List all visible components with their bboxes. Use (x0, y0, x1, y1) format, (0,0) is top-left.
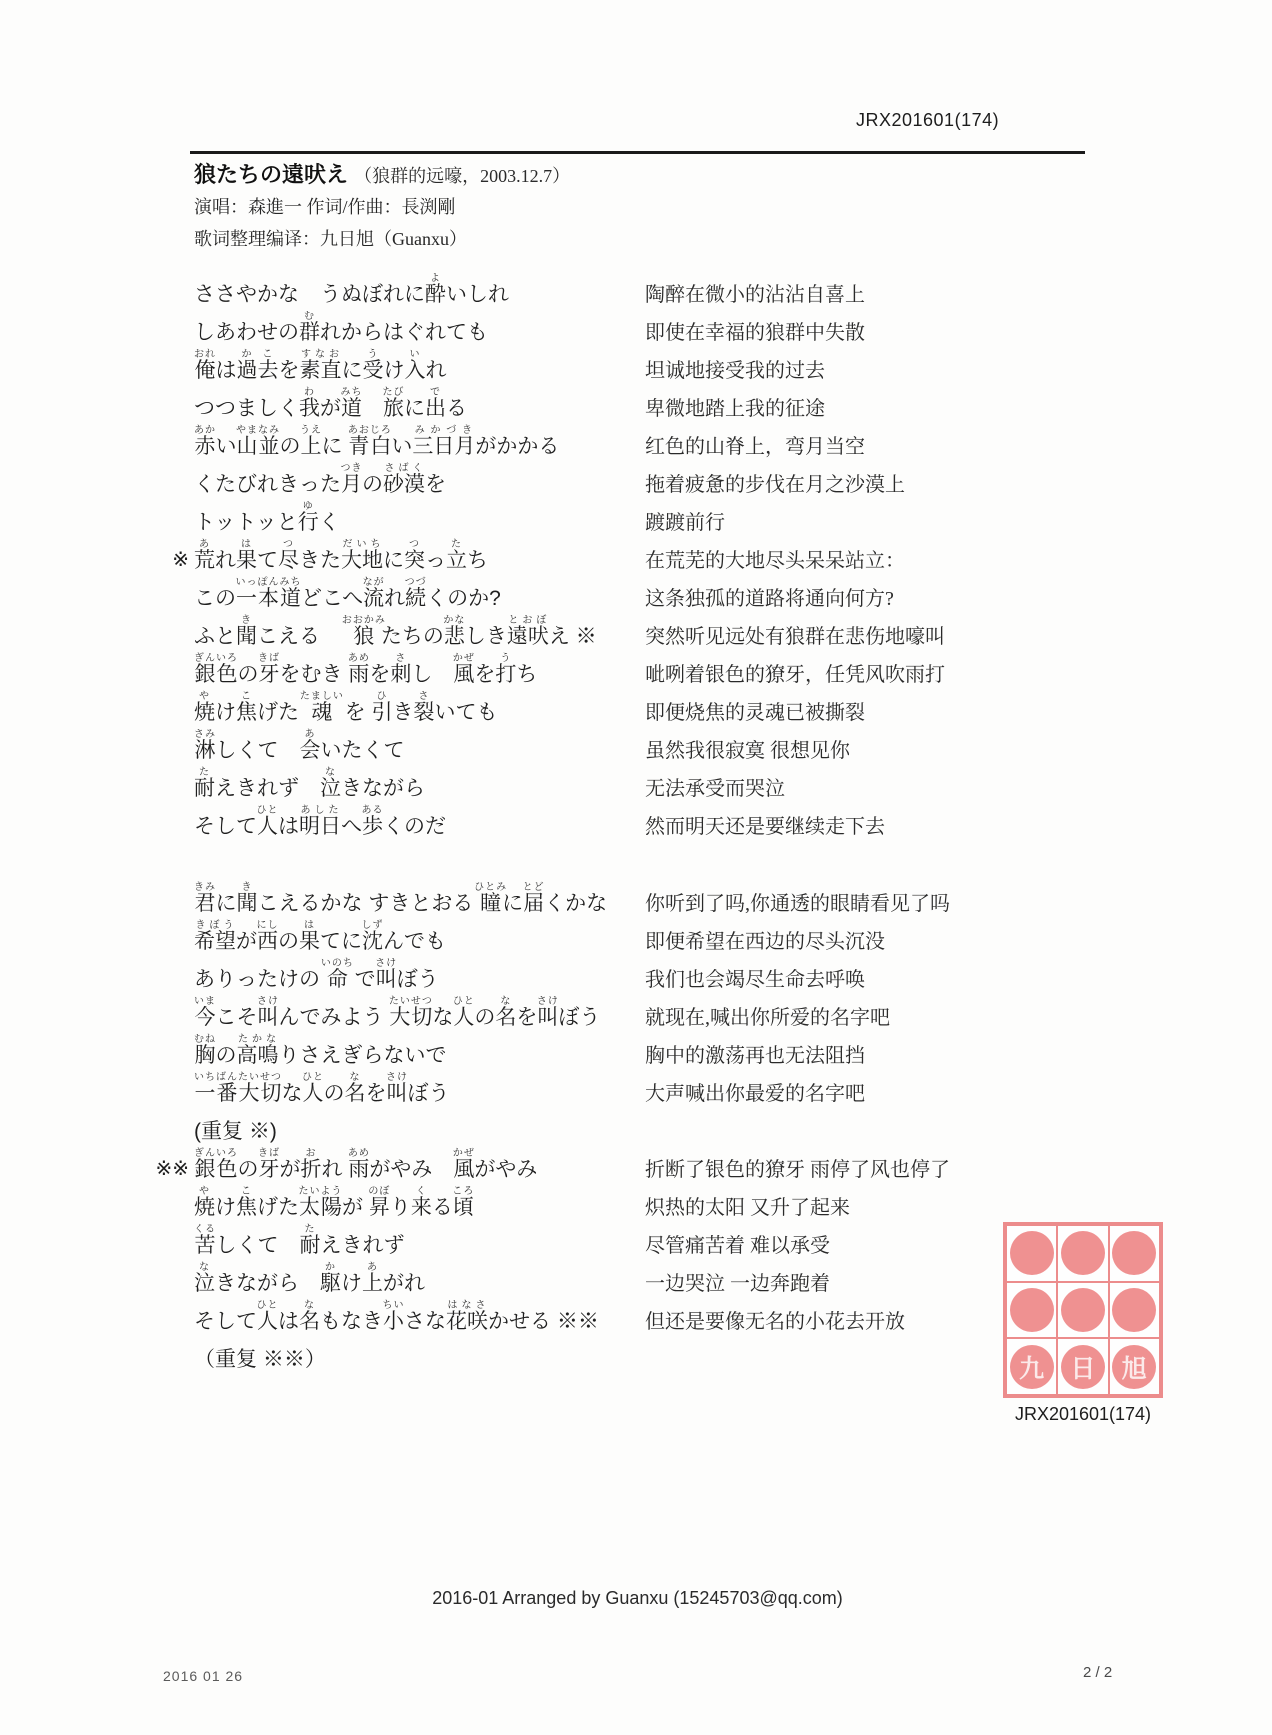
ruby-word: 果は (236, 549, 257, 572)
lyric-translation: 大声喊出你最爱的名字吧 (645, 1083, 1074, 1105)
ruby-word: 行ゆ (298, 511, 319, 534)
lyric-translation: 然而明天还是要继续走下去 (645, 816, 1074, 838)
repeat-marker: ※ (172, 550, 194, 571)
lyric-row: （重复 ※※） (194, 1333, 1074, 1371)
lyric-row: 胸むねの高鳴たかなりさえぎらないで胸中的激荡再也无法阻挡 (194, 1029, 1074, 1067)
ruby-word: 山並やまなみ (237, 435, 280, 458)
stamp-cell: 旭 (1109, 1338, 1160, 1395)
lyric-japanese: (重复 ※) (194, 1121, 645, 1143)
ruby-word: 歩ある (362, 815, 383, 838)
ruby-word: 焼や (194, 701, 215, 724)
credit-editor: 歌词整理编译：九日旭（Guanxu） (194, 223, 570, 255)
stamp-cell: 日 (1057, 1338, 1108, 1395)
stamp-dot (1010, 1288, 1054, 1332)
ruby-word: 大地だいち (341, 549, 383, 572)
ruby-word: 焦こ (236, 1196, 257, 1219)
lyric-japanese: くたびれきった月つきの砂漠さばくを (194, 463, 645, 496)
credit-performer: 演唱：森進一 作词/作曲：長渕剛 (194, 191, 570, 223)
lyric-japanese: 希望きぼうが西にしの果はてに沈しずんでも (194, 920, 645, 953)
ruby-word: 裂さ (414, 701, 435, 724)
lyric-translation: 即使在幸福的狼群中失散 (645, 322, 1074, 344)
ruby-word: 今いま (194, 1006, 216, 1029)
lyric-japanese: 銀色ぎんいろの牙きばをむき 雨あめを刺さし 風かぜを打うち (194, 653, 645, 686)
lyric-row: 焼やけ焦こげた 魂たましい を 引ひき裂さいても即便烧焦的灵魂已被撕裂 (194, 686, 1074, 724)
ruby-word: 群む (299, 321, 320, 344)
footer-date: 2016 01 26 (163, 1668, 243, 1684)
ruby-word: 道みち (341, 397, 362, 420)
lyric-row: トットッと行ゆく踱踱前行 (194, 496, 1074, 534)
lyric-japanese: （重复 ※※） (194, 1349, 645, 1371)
ruby-word: 焦こ (236, 701, 257, 724)
lyric-row: そして人ひとは明日あしたへ歩あるくのだ然而明天还是要继续走下去 (194, 800, 1074, 838)
stamp-dot: 日 (1061, 1345, 1105, 1389)
stamp-cell (1109, 1282, 1160, 1339)
lyric-row: 耐たえきれず 泣なきながら无法承受而哭泣 (194, 762, 1074, 800)
ruby-word: 続つづ (405, 587, 426, 610)
stamp-cell (1057, 1225, 1108, 1282)
ruby-word: 果は (299, 930, 320, 953)
ruby-word: 聞き (236, 625, 257, 648)
lyric-japanese: 胸むねの高鳴たかなりさえぎらないで (194, 1034, 645, 1067)
ruby-word: 届とど (523, 892, 544, 915)
lyric-japanese: そして人ひとは名なもなき小ちいさな花咲はなさかせる ※※ (194, 1300, 645, 1333)
ruby-word: 酔よ (425, 283, 446, 306)
ruby-word: 雨あめ (348, 663, 369, 686)
ruby-word: 入い (405, 359, 426, 382)
ruby-word: 人ひと (257, 815, 278, 838)
lyric-row: ふと聞きこえる 狼おおかみたちの悲かなしき遠吠とおぼえ ※突然听见远处有狼群在悲… (194, 610, 1074, 648)
lyric-row: 一番大切いちばんたいせつな人ひとの名なを叫さけぼう大声喊出你最爱的名字吧 (194, 1067, 1074, 1105)
lyric-translation: 即便烧焦的灵魂已被撕裂 (645, 702, 1074, 724)
lyric-translation: 这条独孤的道路将通向何方? (645, 588, 1074, 610)
ruby-word: 瞳ひとみ (479, 892, 502, 915)
lyric-row: くたびれきった月つきの砂漠さばくを拖着疲惫的步伐在月之沙漠上 (194, 458, 1074, 496)
ruby-word: 高鳴たかな (237, 1044, 279, 1067)
ruby-word: 沈しず (362, 930, 383, 953)
lyric-row: 淋さみしくて 会あいたくて虽然我很寂寞 很想见你 (194, 724, 1074, 762)
lyric-row: 銀色ぎんいろの牙きばをむき 雨あめを刺さし 風かぜを打うち呲咧着银色的獠牙，任凭… (194, 648, 1074, 686)
ruby-word: 大切たいせつ (389, 1006, 432, 1029)
ruby-word: 受う (363, 359, 384, 382)
ruby-word: 泣な (194, 1272, 215, 1295)
ruby-word: 打う (495, 663, 516, 686)
stamp-dot (1010, 1231, 1054, 1275)
ruby-word: 花咲はなさ (446, 1310, 488, 1333)
lyric-japanese: 焼やけ焦こげた太陽たいようが 昇のぼり来くる頃ころ (194, 1186, 645, 1219)
stamp-dot: 九 (1010, 1345, 1054, 1389)
lyric-row: (重复 ※) (194, 1105, 1074, 1143)
lyric-row: ※荒あれ果はて尽つきた大地だいちに突つっ立たち在荒芜的大地尽头呆呆站立： (194, 534, 1074, 572)
title-line: 狼たちの遠吠え （狼群的远嚎，2003.12.7） (194, 160, 570, 191)
ruby-word: 過去かこ (237, 359, 279, 382)
lyrics: ささやかな うぬぼれに酔よいしれ陶醉在微小的沾沾自喜上しあわせの群むれからはぐれ… (194, 268, 1074, 1371)
ruby-word: 頃ころ (453, 1196, 475, 1219)
ruby-word: 三日月みかづき (412, 435, 475, 458)
lyric-translation: 虽然我很寂寞 很想见你 (645, 740, 1074, 762)
stamp-cell (1006, 1282, 1057, 1339)
document-page: JRX201601(174) 狼たちの遠吠え （狼群的远嚎，2003.12.7）… (0, 0, 1272, 1735)
lyric-translation: 胸中的激荡再也无法阻挡 (645, 1045, 1074, 1067)
lyric-japanese: 焼やけ焦こげた 魂たましい を 引ひき裂さいても (194, 691, 645, 724)
lyric-row: 希望きぼうが西にしの果はてに沈しずんでも即便希望在西边的尽头沉没 (194, 915, 1074, 953)
ruby-word: 赤あか (194, 435, 216, 458)
ruby-word: 悲かな (444, 625, 465, 648)
ruby-word: 尽つ (278, 549, 299, 572)
ruby-word: 出で (425, 397, 446, 420)
ruby-word: 立た (446, 549, 467, 572)
ruby-word: 突つ (404, 549, 425, 572)
ruby-word: 名な (495, 1006, 516, 1029)
song-title-note: （狼群的远嚎，2003.12.7） (354, 166, 570, 186)
ruby-word: 牙きば (259, 1158, 280, 1181)
ruby-word: 銀色ぎんいろ (194, 1158, 238, 1181)
lyric-japanese: ふと聞きこえる 狼おおかみたちの悲かなしき遠吠とおぼえ ※ (194, 615, 645, 648)
lyric-row: しあわせの群むれからはぐれても即使在幸福的狼群中失散 (194, 306, 1074, 344)
song-title: 狼たちの遠吠え (194, 162, 348, 187)
ruby-word: 叫さけ (537, 1006, 558, 1029)
lyric-translation: 陶醉在微小的沾沾自喜上 (645, 284, 1074, 306)
ruby-word: 牙きば (259, 663, 280, 686)
lyric-translation: 折断了银色的獠牙 雨停了风也停了 (645, 1159, 1074, 1181)
lyric-japanese: 赤あかい山並やまなみの上うえに 青白あおじろい三日月みかづきがかかる (194, 425, 645, 458)
ruby-word: 叫さけ (258, 1006, 279, 1029)
ruby-word: 泣な (320, 777, 341, 800)
lyric-row: 苦くるしくて 耐たえきれず尽管痛苦着 难以承受 (194, 1219, 1074, 1257)
ruby-word: 駆か (320, 1272, 341, 1295)
ruby-word: 人ひと (257, 1310, 278, 1333)
ruby-word: 来く (411, 1196, 432, 1219)
ruby-word: 小ちい (383, 1310, 404, 1333)
lyric-row: この一本道いっぽんみちどこへ流ながれ続つづくのか?这条独孤的道路将通向何方? (194, 572, 1074, 610)
ruby-word: 命いのち (326, 968, 349, 991)
lyric-japanese: 一番大切いちばんたいせつな人ひとの名なを叫さけぼう (194, 1072, 645, 1105)
lyric-translation: 即便希望在西边的尽头沉没 (645, 931, 1074, 953)
lyric-japanese: 俺おれは過去かこを素直すなおに受うけ入いれ (194, 349, 645, 382)
lyric-japanese: 耐たえきれず 泣なきながら (194, 767, 645, 800)
header-rule (190, 151, 1085, 154)
footer-page-number: 2 / 2 (1083, 1664, 1112, 1681)
ruby-word: 昇のぼ (369, 1196, 390, 1219)
lyric-japanese: ※※銀色ぎんいろの牙きばが折おれ 雨あめがやみ 風かぜがやみ (194, 1148, 645, 1181)
footer-arranger: 2016-01 Arranged by Guanxu (15245703@qq.… (190, 1588, 1085, 1609)
lyric-japanese: 君きみに聞きこえるかな すきとおる 瞳ひとみに届とどくかな (194, 882, 645, 915)
lyric-translation: 卑微地踏上我的征途 (645, 398, 1074, 420)
seal-stamp: 九日旭 (1003, 1222, 1163, 1398)
ruby-word: 砂漠さばく (383, 473, 425, 496)
lyric-japanese: ささやかな うぬぼれに酔よいしれ (194, 273, 645, 306)
ruby-word: 西にし (257, 930, 278, 953)
lyric-translation: 我们也会竭尽生命去呼唤 (645, 969, 1074, 991)
ruby-word: 名な (345, 1082, 366, 1105)
title-block: 狼たちの遠吠え （狼群的远嚎，2003.12.7） 演唱：森進一 作词/作曲：長… (194, 160, 570, 255)
lyric-row: ささやかな うぬぼれに酔よいしれ陶醉在微小的沾沾自喜上 (194, 268, 1074, 306)
ruby-word: 素直すなお (300, 359, 342, 382)
ruby-word: 聞き (237, 892, 258, 915)
stamp-cell (1006, 1225, 1057, 1282)
lyric-japanese: ありったけの 命いのち で叫さけぼう (194, 958, 645, 991)
lyric-row: 焼やけ焦こげた太陽たいようが 昇のぼり来くる頃ころ炽热的太阳 又升了起来 (194, 1181, 1074, 1219)
ruby-word: 太陽たいよう (299, 1196, 342, 1219)
stamp-dot (1112, 1231, 1156, 1275)
ruby-word: 上あ (362, 1272, 383, 1295)
lyric-row: ありったけの 命いのち で叫さけぼう我们也会竭尽生命去呼唤 (194, 953, 1074, 991)
stamp-dot: 旭 (1112, 1345, 1156, 1389)
lyric-translation: 在荒芜的大地尽头呆呆站立： (645, 550, 1074, 572)
lyric-japanese: 泣なきながら 駆かけ上あがれ (194, 1262, 645, 1295)
ruby-word: 人ひと (303, 1082, 324, 1105)
lyric-row: ※※銀色ぎんいろの牙きばが折おれ 雨あめがやみ 風かぜがやみ折断了银色的獠牙 雨… (194, 1143, 1074, 1181)
ruby-word: 風かぜ (453, 663, 474, 686)
ruby-word: 焼や (194, 1196, 215, 1219)
ruby-word: 希望きぼう (194, 930, 236, 953)
ruby-word: 胸むね (194, 1044, 216, 1067)
lyric-japanese: 今いまこそ叫さけんでみよう 大切たいせつな人ひとの名なを叫さけぼう (194, 996, 645, 1029)
lyric-translation: 拖着疲惫的步伐在月之沙漠上 (645, 474, 1074, 496)
lyric-translation: 呲咧着银色的獠牙，任凭风吹雨打 (645, 664, 1074, 686)
lyric-translation: 炽热的太阳 又升了起来 (645, 1197, 1074, 1219)
lyric-row: 赤あかい山並やまなみの上うえに 青白あおじろい三日月みかづきがかかる红色的山脊上… (194, 420, 1074, 458)
lyric-translation: 无法承受而哭泣 (645, 778, 1074, 800)
ruby-word: 名な (299, 1310, 320, 1333)
lyric-translation: 坦诚地接受我的过去 (645, 360, 1074, 382)
stamp-cell (1057, 1282, 1108, 1339)
ruby-word: 青白あおじろ (348, 435, 391, 458)
ruby-word: 月つき (341, 473, 362, 496)
lyric-japanese: しあわせの群むれからはぐれても (194, 311, 645, 344)
lyric-translation: 红色的山脊上，弯月当空 (645, 436, 1074, 458)
ruby-word: 引ひ (372, 701, 393, 724)
ruby-word: 雨あめ (348, 1158, 369, 1181)
ruby-word: 俺おれ (194, 359, 216, 382)
lyric-translation: 突然听见远处有狼群在悲伤地嚎叫 (645, 626, 1074, 648)
ruby-word: 旅たび (383, 397, 404, 420)
ruby-word: 淋さみ (194, 739, 216, 762)
ruby-word: 魂たましい (305, 701, 339, 724)
stamp-dot (1061, 1231, 1105, 1275)
ruby-word: 狼おおかみ (347, 625, 381, 648)
ruby-word: 刺さ (390, 663, 411, 686)
ruby-word: 君きみ (194, 892, 216, 915)
repeat-marker: ※※ (155, 1159, 194, 1180)
lyric-japanese: トットッと行ゆく (194, 501, 645, 534)
ruby-word: 耐た (194, 777, 215, 800)
stamp-cell: 九 (1006, 1338, 1057, 1395)
lyric-translation: 踱踱前行 (645, 512, 1074, 534)
ruby-word: 苦くる (194, 1234, 216, 1257)
lyric-translation: 就现在,喊出你所爱的名字吧 (645, 1007, 1074, 1029)
ruby-word: 叫さけ (387, 1082, 408, 1105)
ruby-word: 会あ (300, 739, 321, 762)
ruby-word: 叫さけ (376, 968, 397, 991)
ruby-word: 一番大切いちばんたいせつ (194, 1082, 282, 1105)
ruby-word: 一本道いっぽんみち (236, 587, 301, 610)
ruby-word: 遠吠とおぼ (507, 625, 549, 648)
ruby-word: 銀色ぎんいろ (194, 663, 238, 686)
lyric-japanese: そして人ひとは明日あしたへ歩あるくのだ (194, 805, 645, 838)
ruby-word: 明日あした (299, 815, 341, 838)
ruby-word: 人ひと (453, 1006, 474, 1029)
ruby-word: 流なが (363, 587, 384, 610)
lyric-japanese: ※荒あれ果はて尽つきた大地だいちに突つっ立たち (194, 539, 645, 572)
lyric-row: 君きみに聞きこえるかな すきとおる 瞳ひとみに届とどくかな你听到了吗,你通透的眼… (194, 877, 1074, 915)
stamp-dot (1061, 1288, 1105, 1332)
seal-stamp-label: JRX201601(174) (1000, 1404, 1166, 1425)
lyric-japanese: この一本道いっぽんみちどこへ流ながれ続つづくのか? (194, 577, 645, 610)
ruby-word: 折お (301, 1158, 322, 1181)
lyric-japanese: 苦くるしくて 耐たえきれず (194, 1224, 645, 1257)
ruby-word: 荒あ (194, 549, 215, 572)
ruby-word: 風かぜ (453, 1158, 474, 1181)
lyric-row: そして人ひとは名なもなき小ちいさな花咲はなさかせる ※※但还是要像无名的小花去开… (194, 1295, 1074, 1333)
lyric-row: 泣なきながら 駆かけ上あがれ一边哭泣 一边奔跑着 (194, 1257, 1074, 1295)
lyric-row: つつましく我わが道みち 旅たびに出でる卑微地踏上我的征途 (194, 382, 1074, 420)
ruby-word: 我わ (299, 397, 320, 420)
document-code: JRX201601(174) (856, 110, 999, 131)
ruby-word: 上うえ (301, 435, 322, 458)
stamp-cell (1109, 1225, 1160, 1282)
lyric-row: 今いまこそ叫さけんでみよう 大切たいせつな人ひとの名なを叫さけぼう就现在,喊出你… (194, 991, 1074, 1029)
ruby-word: 耐た (300, 1234, 321, 1257)
lyric-japanese: 淋さみしくて 会あいたくて (194, 729, 645, 762)
stamp-dot (1112, 1288, 1156, 1332)
lyric-row: 俺おれは過去かこを素直すなおに受うけ入いれ坦诚地接受我的过去 (194, 344, 1074, 382)
lyric-translation: 你听到了吗,你通透的眼睛看见了吗 (645, 893, 1074, 915)
lyric-japanese: つつましく我わが道みち 旅たびに出でる (194, 387, 645, 420)
